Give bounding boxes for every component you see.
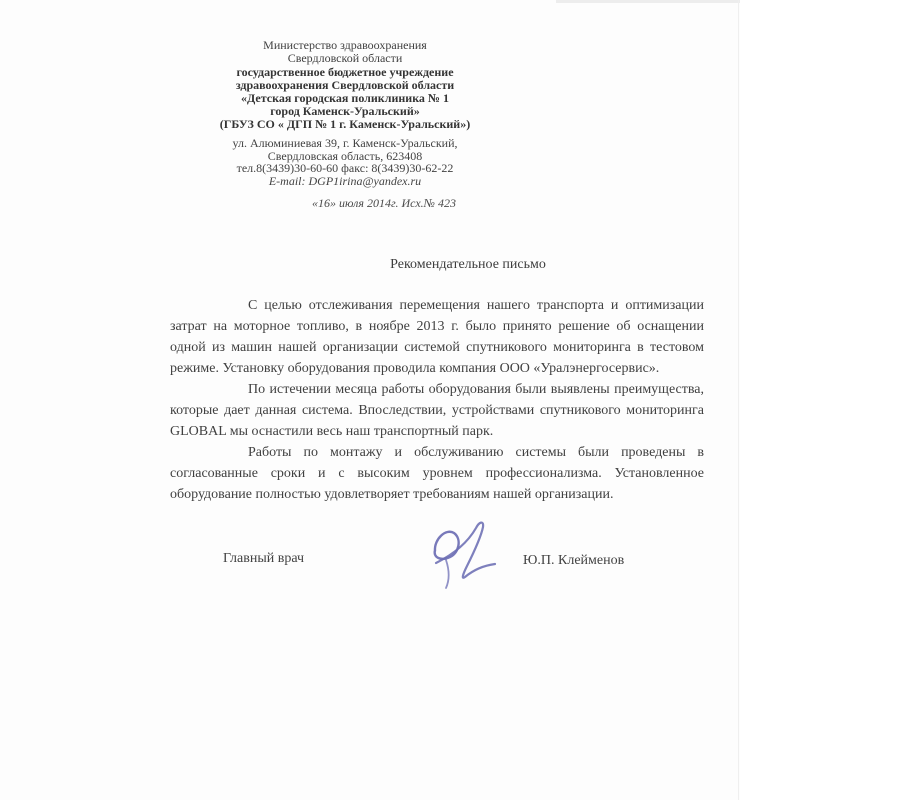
phone-fax-line: тел.8(3439)30-60-60 факс: 8(3439)30-62-2… (180, 162, 510, 175)
email-line: E-mail: DGP1irina@yandex.ru (180, 175, 510, 188)
signer-name: Ю.П. Клейменов (523, 553, 624, 569)
address-line-1: ул. Алюминиевая 39, г. Каменск-Уральский… (180, 137, 510, 150)
date-reference-line: «16» июля 2014г. Исх.№ 423 (312, 196, 456, 211)
signer-position: Главный врач (223, 551, 304, 567)
organization-name: государственное бюджетное учреждение здр… (180, 66, 510, 131)
handwritten-signature-ink (424, 516, 508, 594)
body-paragraph-3: Работы по монтажу и обслуживанию системы… (170, 442, 704, 505)
letter-body: С целью отслеживания перемещения нашего … (170, 295, 704, 505)
contact-block: ул. Алюминиевая 39, г. Каменск-Уральский… (180, 137, 510, 187)
body-paragraph-2: По истечении месяца работы оборудования … (170, 379, 704, 442)
org-line-5: (ГБУЗ СО « ДГП № 1 г. Каменск-Уральский»… (180, 118, 510, 131)
letter-title: Рекомендательное письмо (390, 257, 546, 273)
letterhead: Министерство здравоохранения Свердловско… (180, 39, 510, 131)
ministry-line-1: Министерство здравоохранения (180, 39, 510, 52)
scanned-letter-page: Министерство здравоохранения Свердловско… (0, 0, 900, 800)
page-edge (738, 0, 739, 800)
ministry-line-2: Свердловской области (180, 52, 510, 65)
body-paragraph-1: С целью отслеживания перемещения нашего … (170, 295, 704, 379)
scanner-artifact (556, 0, 740, 3)
